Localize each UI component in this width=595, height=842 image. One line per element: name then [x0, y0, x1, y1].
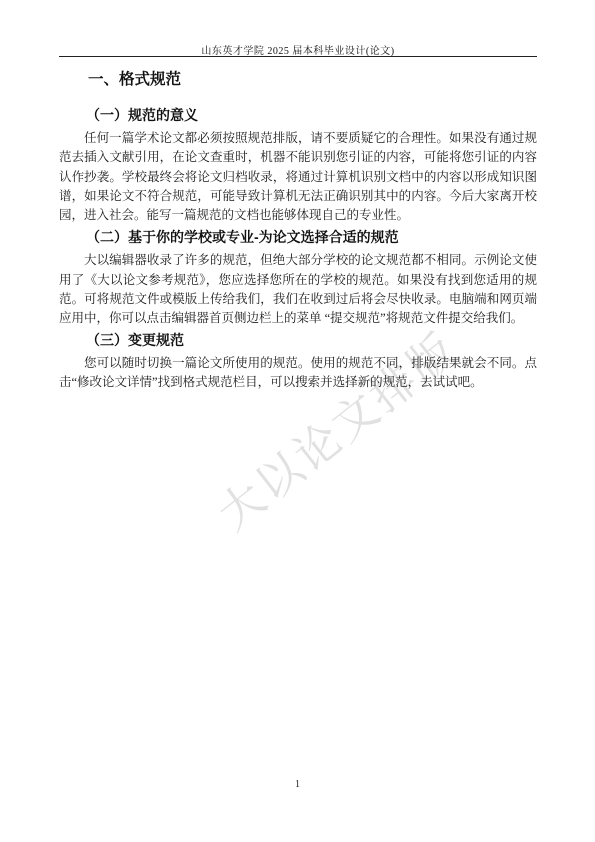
- section-heading-3: （三）变更规范: [59, 331, 537, 350]
- document-page: 山东英才学院 2025 届本科毕业设计(论文) 大以论文排版 一、格式规范 （一…: [0, 0, 595, 842]
- chapter-title: 一、格式规范: [59, 70, 537, 90]
- section-heading-2: （二）基于你的学校或专业-为论文选择合适的规范: [59, 228, 537, 247]
- section-paragraph-2: 大以编辑器收录了许多的规范，但绝大部分学校的论文规范都不相同。示例论文使用了《大…: [59, 251, 537, 328]
- section-paragraph-1: 任何一篇学术论文都必须按照规范排版，请不要质疑它的合理性。如果没有通过规范去插入…: [59, 129, 537, 225]
- running-header: 山东英才学院 2025 届本科毕业设计(论文): [59, 42, 537, 57]
- page-number: 1: [0, 779, 595, 790]
- section-heading-1: （一）规范的意义: [59, 106, 537, 125]
- document-body: 一、格式规范 （一）规范的意义 任何一篇学术论文都必须按照规范排版，请不要质疑它…: [59, 57, 537, 392]
- header-rule: [59, 56, 537, 57]
- section-paragraph-3: 您可以随时切换一篇论文所使用的规范。使用的规范不同，排版结果就会不同。点击“修改…: [59, 354, 537, 393]
